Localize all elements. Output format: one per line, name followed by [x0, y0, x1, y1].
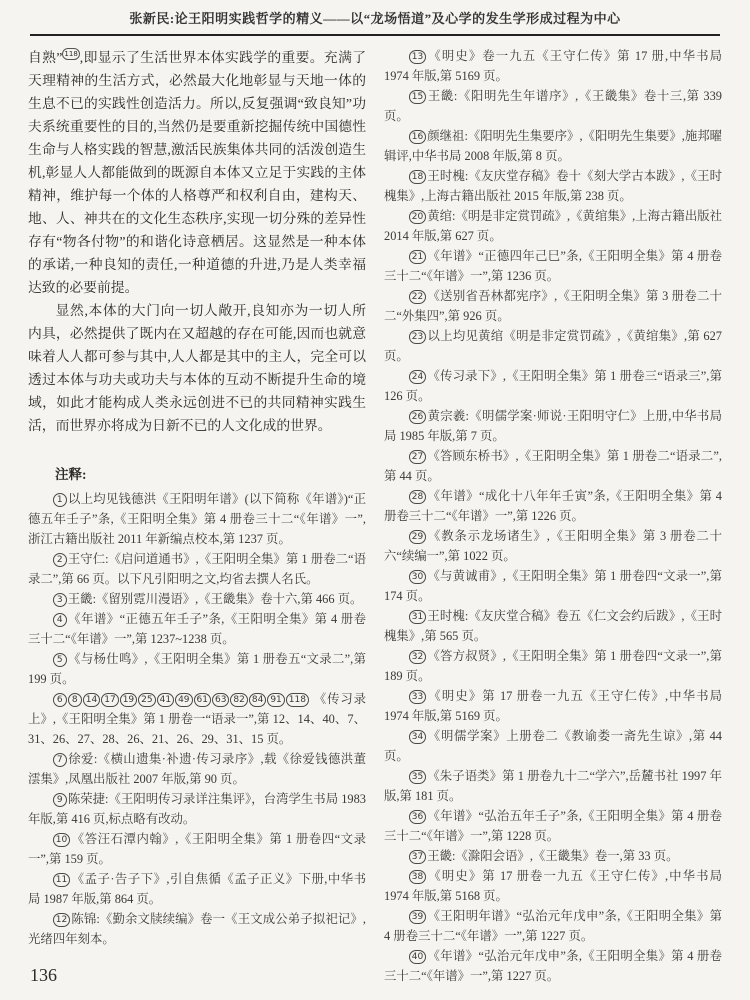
note-number-badge: 4: [53, 613, 67, 627]
note-item: 37王畿:《滁阳会语》,《王畿集》卷一,第 33 页。: [384, 846, 722, 866]
note-item: 16颜继祖:《阳明先生集要序》,《阳明先生集要》,施邦曜辑评,中华书局 2008…: [384, 126, 722, 166]
note-text: 《送别省吾林都宪序》,《王阳明全集》第 3 册卷二十二“外集四”,第 926 页…: [384, 289, 722, 323]
note-text: 《年谱》“正德五年壬子”条,《王阳明全集》第 4 册卷三十二“《年谱》一”,第 …: [28, 612, 366, 646]
note-number-badge: 24: [409, 370, 426, 384]
note-number-badge: 25: [138, 693, 155, 707]
note-item: 39《王阳明年谱》“弘治元年戊申”条,《王阳明全集》第 4 册卷三十二“《年谱》…: [384, 906, 722, 946]
body-paragraph-1: 自熟”118,即显示了生活世界本体实践学的重要。充满了天理精神的生活方式，必然最…: [28, 46, 366, 299]
note-item: 1以上均见钱德洪《王阳明年谱》(以下简称《年谱》)“正德五年壬子”条,《王阳明全…: [28, 489, 366, 549]
note-number-badge: 41: [157, 693, 174, 707]
note-item: 21《年谱》“正德四年己巳”条,《王阳明全集》第 4 册卷三十二“《年谱》一”,…: [384, 246, 722, 286]
page-header: 张新民:论王阳明实践哲学的精义——以“龙场悟道”及心学的发生学形成过程为中心: [0, 0, 750, 36]
note-number-badge: 32: [409, 650, 426, 664]
footnote-ref-badge: 118: [62, 48, 79, 60]
note-number-badge: 36: [409, 810, 426, 824]
note-item: 4《年谱》“正德五年壬子”条,《王阳明全集》第 4 册卷三十二“《年谱》一”,第…: [28, 609, 366, 649]
note-text: 陈锦:《勤余文牍续编》卷一《王文成公弟子拟祀记》,光绪四年刻本。: [28, 912, 366, 946]
note-item: 23以上均见黄绾《明是非定赏罚疏》,《黄绾集》,第 627 页。: [384, 326, 722, 366]
note-item: 28《年谱》“成化十八年年壬寅”条,《王阳明全集》第 4 册卷三十二“《年谱》一…: [384, 486, 722, 526]
note-number-badge: 26: [409, 410, 426, 424]
note-number-badge: 18: [409, 170, 426, 184]
note-number-badge: 118: [286, 693, 309, 707]
running-header-title: 张新民:论王阳明实践哲学的精义——以“龙场悟道”及心学的发生学形成过程为中心: [0, 8, 750, 27]
note-text: 王畿:《留别霓川漫语》,《王畿集》卷十六,第 466 页。: [68, 592, 363, 606]
left-column: 自熟”118,即显示了生活世界本体实践学的重要。充满了天理精神的生活方式，必然最…: [28, 46, 366, 986]
note-item: 35《朱子语类》第 1 册卷九十二“学六”,岳麓书社 1997 年版,第 181…: [384, 766, 722, 806]
note-number-badge: 22: [409, 290, 426, 304]
note-item: 15王畿:《阳明先生年谱序》,《王畿集》卷十三,第 339 页。: [384, 86, 722, 126]
note-item: 26黄宗羲:《明儒学案·师说·王阳明守仁》上册,中华书局局 1985 年版,第 …: [384, 406, 722, 446]
note-item: 22《送别省吾林都宪序》,《王阳明全集》第 3 册卷二十二“外集四”,第 926…: [384, 286, 722, 326]
note-text: 《明史》第 17 册卷一九五《王守仁传》,中华书局 1974 年版,第 5168…: [384, 869, 722, 903]
note-item: 24《传习录下》,《王阳明全集》第 1 册卷三“语录三”,第 126 页。: [384, 366, 722, 406]
note-number-badge: 28: [409, 490, 426, 504]
note-number-badge: 15: [409, 90, 426, 104]
note-number-badge: 9: [53, 793, 67, 807]
note-number-badge: 35: [409, 770, 426, 784]
note-number-badge: 3: [53, 593, 67, 607]
note-item: 9陈荣捷:《王阳明传习录详注集评》，台湾学生书局 1983 年版,第 416 页…: [28, 789, 366, 829]
note-text: 《与杨仕鸣》,《王阳明全集》第 1 册卷五“文录二”,第 199 页。: [28, 652, 366, 686]
notes-heading: 注释:: [28, 463, 366, 483]
note-number-badge: 31: [409, 610, 426, 624]
note-item: 33《明史》第 17 册卷一九五《王守仁传》,中华书局 1974 年版,第 51…: [384, 686, 722, 726]
note-text: 黄绾:《明是非定赏罚疏》,《黄绾集》,上海古籍出版社 2014 年版,第 627…: [384, 209, 722, 243]
note-number-badge: 16: [409, 130, 426, 144]
note-text: 陈荣捷:《王阳明传习录详注集评》，台湾学生书局 1983 年版,第 416 页,…: [28, 792, 366, 826]
note-number-badge: 11: [53, 873, 70, 887]
notes-list-right: 13《明史》卷一九五《王守仁传》第 17 册,中华书局 1974 年版,第 51…: [384, 46, 722, 986]
note-text: 《明史》第 17 册卷一九五《王守仁传》,中华书局 1974 年版,第 5169…: [384, 689, 722, 723]
note-text: 《教条示龙场诸生》,《王阳明全集》第 3 册卷二十六“续编一”,第 1022 页…: [384, 529, 722, 563]
note-number-badge: 20: [409, 210, 426, 224]
note-number-badge: 21: [409, 250, 426, 264]
note-number-badge: 34: [409, 730, 426, 744]
right-column: 13《明史》卷一九五《王守仁传》第 17 册,中华书局 1974 年版,第 51…: [384, 46, 722, 986]
note-item: 3王畿:《留别霓川漫语》,《王畿集》卷十六,第 466 页。: [28, 589, 366, 609]
note-item: 681417192541496163828491118 《传习录上》,《王阳明全…: [28, 689, 366, 749]
note-text: 《朱子语类》第 1 册卷九十二“学六”,岳麓书社 1997 年版,第 181 页…: [384, 769, 722, 803]
note-number-badge: 33: [409, 690, 426, 704]
note-number-badge: 8: [68, 693, 82, 707]
note-text: 王畿:《阳明先生年谱序》,《王畿集》卷十三,第 339 页。: [384, 89, 722, 123]
note-item: 38《明史》第 17 册卷一九五《王守仁传》,中华书局 1974 年版,第 51…: [384, 866, 722, 906]
note-number-badge: 1: [53, 493, 67, 507]
note-text: 《答汪石潭内翰》,《王阳明全集》第 1 册卷四“文录一”,第 159 页。: [28, 832, 366, 866]
para1-text: ,即显示了生活世界本体实践学的重要。充满了天理精神的生活方式，必然最大化地彰显与…: [28, 50, 366, 295]
note-item: 27《答顾东桥书》,《王阳明全集》第 1 册卷二“语录二”,第 44 页。: [384, 446, 722, 486]
note-number-badge: 5: [53, 653, 67, 667]
note-text: 《答顾东桥书》,《王阳明全集》第 1 册卷二“语录二”,第 44 页。: [384, 449, 722, 483]
note-number-badge: 38: [409, 870, 426, 884]
note-number-badge: 82: [230, 693, 247, 707]
note-text: 《年谱》“弘治元年戊申”条,《王阳明全集》第 4 册卷三十二“《年谱》一”,第 …: [384, 949, 722, 983]
note-text: 《与黄诚甫》,《王阳明全集》第 1 册卷四“文录一”,第 174 页。: [384, 569, 722, 603]
note-number-badge: 39: [409, 910, 426, 924]
note-text: 以上均见钱德洪《王阳明年谱》(以下简称《年谱》)“正德五年壬子”条,《王阳明全集…: [28, 492, 366, 546]
note-item: 18王时槐:《友庆堂存稿》卷十《刻大学古本跋》,《王时槐集》,上海古籍出版社 2…: [384, 166, 722, 206]
note-text: 《传习录下》,《王阳明全集》第 1 册卷三“语录三”,第 126 页。: [384, 369, 722, 403]
note-item: 30《与黄诚甫》,《王阳明全集》第 1 册卷四“文录一”,第 174 页。: [384, 566, 722, 606]
note-item: 40《年谱》“弘治元年戊申”条,《王阳明全集》第 4 册卷三十二“《年谱》一”,…: [384, 946, 722, 986]
note-number-badge: 91: [267, 693, 284, 707]
note-item: 2王守仁:《启问道通书》,《王阳明全集》第 1 册卷二“语录二”,第 66 页。…: [28, 549, 366, 589]
note-text: 王时槐:《友庆堂合稿》卷五《仁文会约后跋》,《王时槐集》,第 565 页。: [384, 609, 722, 643]
note-text: 颜继祖:《阳明先生集要序》,《阳明先生集要》,施邦曜辑评,中华书局 2008 年…: [384, 129, 722, 163]
note-number-badge: 19: [120, 693, 137, 707]
note-text: 以上均见黄绾《明是非定赏罚疏》,《黄绾集》,第 627 页。: [384, 329, 722, 363]
note-number-badge: 10: [53, 833, 70, 847]
note-text: 《明史》卷一九五《王守仁传》第 17 册,中华书局 1974 年版,第 5169…: [384, 49, 722, 83]
note-number-badge: 17: [101, 693, 118, 707]
journal-page: 张新民:论王阳明实践哲学的精义——以“龙场悟道”及心学的发生学形成过程为中心 自…: [0, 0, 750, 1000]
note-number-badge: 29: [409, 530, 426, 544]
note-number-badge: 30: [409, 570, 426, 584]
note-text: 王守仁:《启问道通书》,《王阳明全集》第 1 册卷二“语录二”,第 66 页。以…: [28, 552, 366, 586]
note-item: 36《年谱》“弘治五年壬子”条,《王阳明全集》第 4 册卷三十二“《年谱》一”,…: [384, 806, 722, 846]
body-paragraph-2: 显然,本体的大门向一切人敞开,良知亦为一切人所内具，必然提供了既内在又超越的存在…: [28, 299, 366, 437]
note-text: 《年谱》“弘治五年壬子”条,《王阳明全集》第 4 册卷三十二“《年谱》一”,第 …: [384, 809, 722, 843]
note-item: 32《答方叔贤》,《王阳明全集》第 1 册卷四“文录一”,第 189 页。: [384, 646, 722, 686]
note-item: 12陈锦:《勤余文牍续编》卷一《王文成公弟子拟祀记》,光绪四年刻本。: [28, 909, 366, 949]
note-number-badge: 13: [409, 50, 426, 64]
note-text: 《年谱》“正德四年己巳”条,《王阳明全集》第 4 册卷三十二“《年谱》一”,第 …: [384, 249, 722, 283]
note-text: 《王阳明年谱》“弘治元年戊申”条,《王阳明全集》第 4 册卷三十二“《年谱》一”…: [384, 909, 722, 943]
note-text: 黄宗羲:《明儒学案·师说·王阳明守仁》上册,中华书局局 1985 年版,第 7 …: [384, 409, 722, 443]
note-item: 5《与杨仕鸣》,《王阳明全集》第 1 册卷五“文录二”,第 199 页。: [28, 649, 366, 689]
note-text: 《年谱》“成化十八年年壬寅”条,《王阳明全集》第 4 册卷三十二“《年谱》一”,…: [384, 489, 722, 523]
para1-prefix: 自熟”: [28, 50, 62, 65]
note-number-badge: 12: [53, 913, 70, 927]
note-text: 《答方叔贤》,《王阳明全集》第 1 册卷四“文录一”,第 189 页。: [384, 649, 722, 683]
note-item: 7徐爱:《横山遗集·补遗·传习录序》,载《徐爱钱德洪董澐集》,凤凰出版社 200…: [28, 749, 366, 789]
note-text: 王时槐:《友庆堂存稿》卷十《刻大学古本跋》,《王时槐集》,上海古籍出版社 201…: [384, 169, 722, 203]
note-number-badge: 7: [53, 753, 67, 767]
notes-list-left: 1以上均见钱德洪《王阳明年谱》(以下简称《年谱》)“正德五年壬子”条,《王阳明全…: [28, 489, 366, 949]
note-number-badge: 37: [409, 850, 426, 864]
note-item: 34《明儒学案》上册卷二《教谕娄一斋先生谅》,第 44 页。: [384, 726, 722, 766]
note-item: 13《明史》卷一九五《王守仁传》第 17 册,中华书局 1974 年版,第 51…: [384, 46, 722, 86]
note-item: 10《答汪石潭内翰》,《王阳明全集》第 1 册卷四“文录一”,第 159 页。: [28, 829, 366, 869]
note-number-badge: 14: [83, 693, 100, 707]
note-text: 徐爱:《横山遗集·补遗·传习录序》,载《徐爱钱德洪董澐集》,凤凰出版社 2007…: [28, 752, 366, 786]
note-text: 王畿:《滁阳会语》,《王畿集》卷一,第 33 页。: [427, 849, 678, 863]
note-number-badge: 63: [212, 693, 229, 707]
note-item: 31王时槐:《友庆堂合稿》卷五《仁文会约后跋》,《王时槐集》,第 565 页。: [384, 606, 722, 646]
page-number: 136: [30, 965, 57, 986]
note-number-badge: 49: [175, 693, 192, 707]
two-column-body: 自熟”118,即显示了生活世界本体实践学的重要。充满了天理精神的生活方式，必然最…: [0, 36, 750, 986]
note-number-badge: 61: [194, 693, 211, 707]
note-number-badge: 27: [409, 450, 426, 464]
note-item: 20黄绾:《明是非定赏罚疏》,《黄绾集》,上海古籍出版社 2014 年版,第 6…: [384, 206, 722, 246]
note-number-badge: 40: [409, 950, 426, 964]
note-item: 11《孟子·告子下》,引自焦循《孟子正义》下册,中华书局 1987 年版,第 8…: [28, 869, 366, 909]
note-number-badge: 84: [249, 693, 266, 707]
note-number-badge: 6: [53, 693, 67, 707]
note-item: 29《教条示龙场诸生》,《王阳明全集》第 3 册卷二十六“续编一”,第 1022…: [384, 526, 722, 566]
note-number-badge: 23: [409, 330, 426, 344]
note-text: 《明儒学案》上册卷二《教谕娄一斋先生谅》,第 44 页。: [384, 729, 722, 763]
note-number-badge: 2: [53, 553, 67, 567]
note-text: 《孟子·告子下》,引自焦循《孟子正义》下册,中华书局 1987 年版,第 864…: [28, 872, 366, 906]
